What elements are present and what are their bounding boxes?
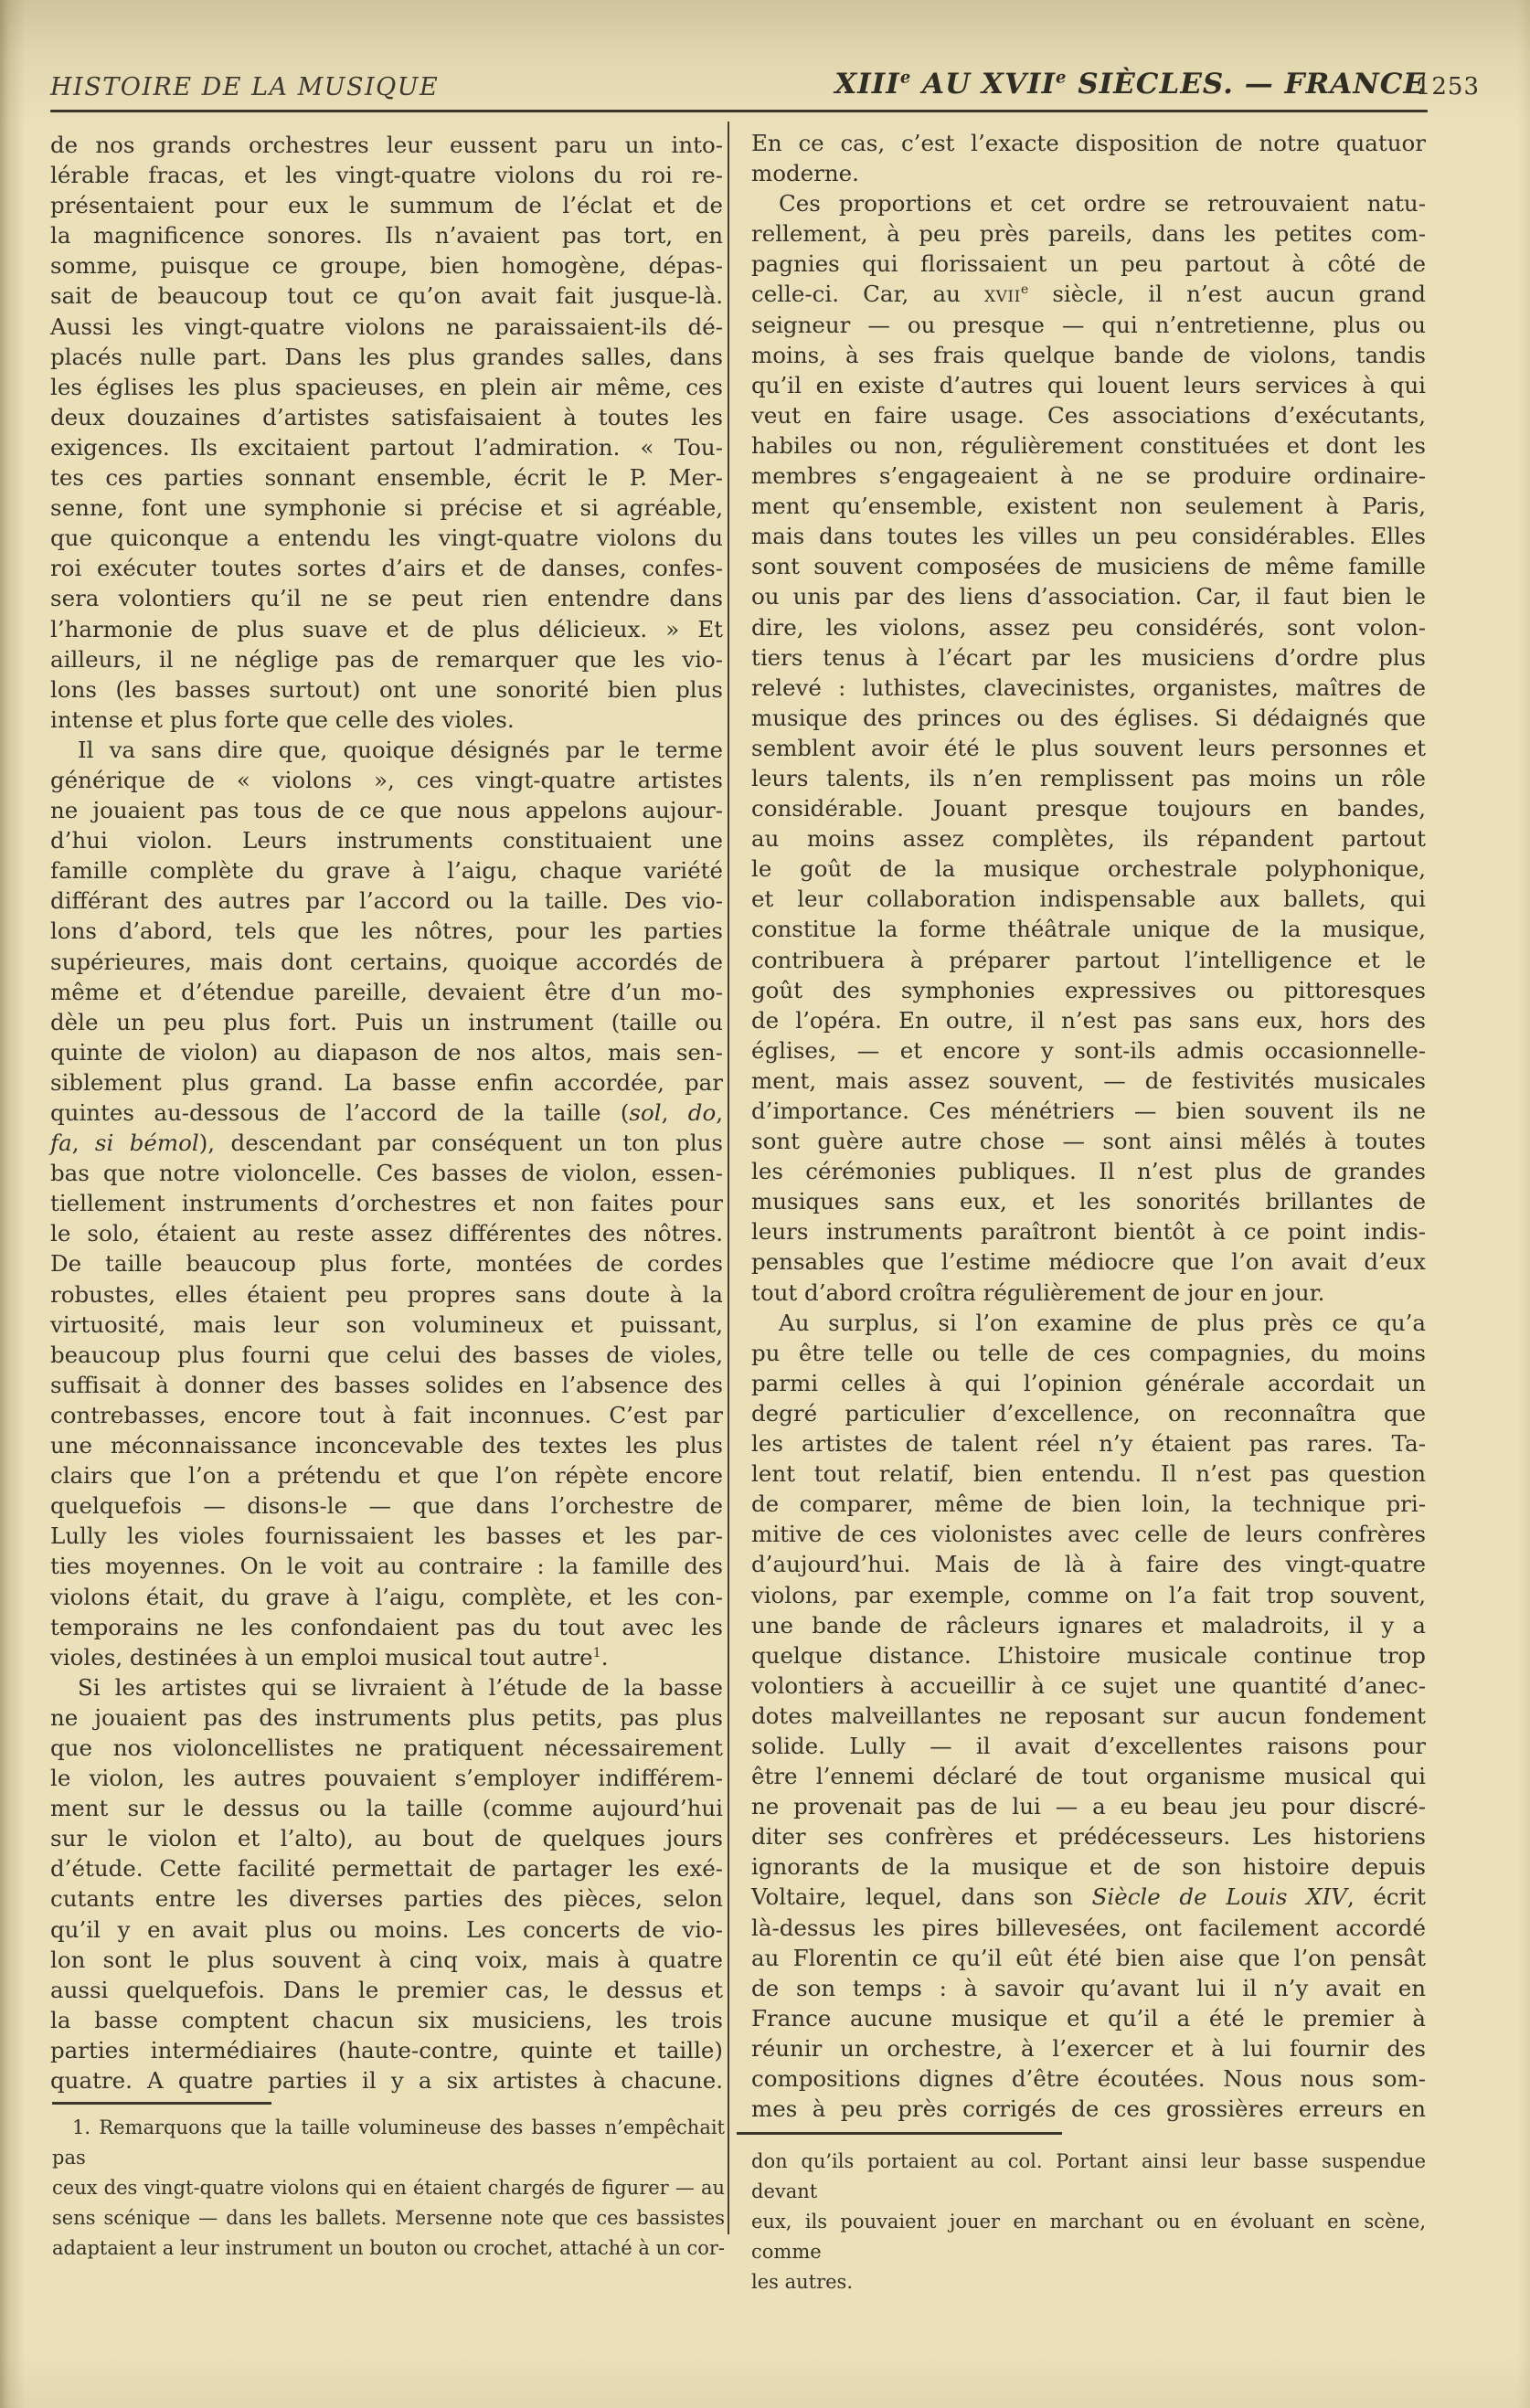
text-line: roi exécuter toutes sortes d’airs et de … <box>50 553 723 583</box>
text-line: pensables que l’estime médiocre que l’on… <box>751 1246 1426 1277</box>
text-line: exigences. Ils excitaient partout l’admi… <box>50 432 723 462</box>
text-line: sont souvent composées de musiciens de m… <box>751 551 1426 581</box>
text-line: réunir un orchestre, à l’exercer et à lu… <box>751 2033 1426 2063</box>
text-line: au Florentin ce qu’il eût été bien aise … <box>751 1943 1426 1973</box>
text-line: sur le violon et l’alto), au bout de que… <box>50 1823 723 1853</box>
text-line: les autres. <box>751 2267 1426 2297</box>
text-line: seigneur — ou presque — qui n’entretienn… <box>751 310 1426 340</box>
text-line: lent tout relatif, bien entendu. Il n’es… <box>751 1459 1426 1489</box>
text-line: de l’opéra. En outre, il n’est pas sans … <box>751 1005 1426 1035</box>
text-line: parmi celles à qui l’opinion générale ac… <box>751 1368 1426 1398</box>
text-line: dèle un peu plus fort. Puis un instrumen… <box>50 1007 723 1037</box>
text-line: même et d’étendue pareille, devaient êtr… <box>50 977 723 1007</box>
text-line: de nos grands orchestres leur eussent pa… <box>50 130 723 160</box>
text-line: diter ses confrères et prédécesseurs. Le… <box>751 1821 1426 1851</box>
text-line: dotes malveillantes ne reposant sur aucu… <box>751 1701 1426 1731</box>
text-line: bas que notre violoncelle. Ces basses de… <box>50 1158 723 1188</box>
running-head-left: HISTOIRE DE LA MUSIQUE <box>50 73 507 101</box>
text-line: ou unis par des liens d’association. Car… <box>751 581 1426 611</box>
text-line: être l’ennemi déclaré de tout organisme … <box>751 1761 1426 1791</box>
text-line: ignorants de la musique et de son histoi… <box>751 1851 1426 1882</box>
text-line: En ce cas, c’est l’exacte disposition de… <box>751 128 1426 158</box>
text-line: sont guère autre chose — sont ainsi mêlé… <box>751 1126 1426 1156</box>
text-line: de son temps : à savoir qu’avant lui il … <box>751 1973 1426 2003</box>
text-line: tiers tenus à l’écart par les musiciens … <box>751 642 1426 673</box>
text-line: qu’il y en avait plus ou moins. Les conc… <box>50 1915 723 1945</box>
right-footnote: don qu’ils portaient au col. Portant ain… <box>751 2147 1426 2297</box>
text-line: la magnificence sonores. Ils n’avaient p… <box>50 220 723 250</box>
text-line: contrebasses, encore tout à fait inconnu… <box>50 1400 723 1430</box>
text-line: ment, mais assez souvent, — de festivité… <box>751 1066 1426 1096</box>
text-line: intense et plus forte que celle des viol… <box>50 705 723 735</box>
text-line: habiles ou non, régulièrement constituée… <box>751 430 1426 461</box>
text-line: Aussi les vingt-quatre violons ne parais… <box>50 312 723 342</box>
text-line: goût des symphonies expressives ou pitto… <box>751 975 1426 1005</box>
text-line: De taille beaucoup plus forte, montées d… <box>50 1248 723 1278</box>
text-line: suffisait à donner des basses solides en… <box>50 1370 723 1400</box>
text-line: tout d’abord croîtra régulièrement de jo… <box>751 1278 1426 1308</box>
text-line: cutants entre les diverses parties des p… <box>50 1883 723 1914</box>
text-line: sait de beaucoup tout ce qu’on avait fai… <box>50 281 723 311</box>
text-line: virtuosité, mais leur son volumineux et … <box>50 1310 723 1340</box>
text-line: Au surplus, si l’on examine de plus près… <box>751 1308 1426 1338</box>
text-line: moderne. <box>751 158 1426 188</box>
text-line: musique des princes ou des églises. Si d… <box>751 703 1426 733</box>
text-line: parties intermédiaires (haute-contre, qu… <box>50 2035 723 2065</box>
text-line: violons, par exemple, comme on l’a fait … <box>751 1580 1426 1610</box>
text-line: rellement, à peu près pareils, dans les … <box>751 218 1426 249</box>
text-line: 1. Remarquons que la taille volumineuse … <box>52 2113 725 2173</box>
footnote-rule-left <box>52 2102 271 2105</box>
text-line: celle-ci. Car, au xviie siècle, il n’est… <box>751 279 1426 309</box>
text-line: siblement plus grand. La basse enfin acc… <box>50 1067 723 1098</box>
text-line: violes, destinées à un emploi musical to… <box>50 1642 723 1672</box>
text-line: leurs talents, ils n’en remplissent pas … <box>751 763 1426 793</box>
text-line: senne, font une symphonie si précise et … <box>50 493 723 523</box>
text-line: quinte de violon) au diapason de nos alt… <box>50 1037 723 1067</box>
text-line: volontiers à accueillir à ce sujet une q… <box>751 1671 1426 1701</box>
text-line: eux, ils pouvaient jouer en marchant ou … <box>751 2207 1426 2267</box>
text-line: leurs instruments paraîtront bientôt à c… <box>751 1216 1426 1246</box>
text-line: mais dans toutes les villes un peu consi… <box>751 521 1426 551</box>
text-line: et leur collaboration indispensable aux … <box>751 884 1426 914</box>
text-line: une bande de râcleurs ignares et maladro… <box>751 1610 1426 1640</box>
text-line: contribuera à préparer partout l’intelli… <box>751 945 1426 975</box>
book-page: HISTOIRE DE LA MUSIQUE XIIIe AU XVIIe SI… <box>0 0 1530 2408</box>
text-line: qu’il en existe d’autres qui louent leur… <box>751 370 1426 400</box>
text-line: considérable. Jouant presque toujours en… <box>751 793 1426 823</box>
text-line: mes à peu près corrigés de ces grossière… <box>751 2094 1426 2124</box>
text-line: de comparer, même de bien loin, la techn… <box>751 1489 1426 1519</box>
text-line: quelque distance. L’histoire musicale co… <box>751 1640 1426 1671</box>
text-line: quintes au-dessous de l’accord de la tai… <box>50 1098 723 1128</box>
text-line: quelquefois — disons-le — que dans l’orc… <box>50 1490 723 1521</box>
text-line: sens scénique — dans les ballets. Mersen… <box>52 2203 725 2233</box>
text-line: Ces proportions et cet ordre se retrouva… <box>751 188 1426 218</box>
text-line: d’aujourd’hui. Mais de là à faire des vi… <box>751 1549 1426 1579</box>
text-line: lons (les basses surtout) ont une sonori… <box>50 674 723 705</box>
text-line: pagnies qui florissaient un peu partout … <box>751 249 1426 279</box>
text-line: famille complète du grave à l’aigu, chaq… <box>50 855 723 886</box>
text-line: là-dessus les pires billevesées, ont fac… <box>751 1913 1426 1943</box>
text-line: solide. Lully — il avait d’excellentes r… <box>751 1731 1426 1761</box>
text-line: ties moyennes. On le voit au contraire :… <box>50 1551 723 1581</box>
text-line: lons d’abord, tels que les nôtres, pour … <box>50 916 723 946</box>
right-column: En ce cas, c’est l’exacte disposition de… <box>751 128 1426 2124</box>
text-line: le solo, étaient au reste assez différen… <box>50 1218 723 1248</box>
text-line: aussi quelquefois. Dans le premier cas, … <box>50 1975 723 2005</box>
text-line: France aucune musique et qu’il a été le … <box>751 2003 1426 2033</box>
text-line: tes ces parties sonnant ensemble, écrit … <box>50 462 723 493</box>
text-line: au moins assez complètes, ils répandent … <box>751 823 1426 854</box>
text-line: ne provenait pas de lui — a eu beau jeu … <box>751 1791 1426 1821</box>
text-line: ceux des vingt-quatre violons qui en éta… <box>52 2173 725 2203</box>
text-line: ne jouaient pas tous de ce que nous appe… <box>50 795 723 825</box>
text-line: le violon, les autres pouvaient s’employ… <box>50 1763 723 1793</box>
text-line: clairs que l’on a prétendu et que l’on r… <box>50 1460 723 1490</box>
text-line: d’hui violon. Leurs instruments constitu… <box>50 825 723 855</box>
text-line: une méconnaissance inconcevable des text… <box>50 1430 723 1460</box>
text-line: quatre. A quatre parties il y a six arti… <box>50 2065 723 2095</box>
header-rule <box>50 110 1428 112</box>
running-head-right: XIIIe AU XVIIe SIÈCLES. — FRANCE <box>834 68 1426 101</box>
footnote-rule-right <box>737 2132 1062 2135</box>
text-line: placés nulle part. Dans les plus grandes… <box>50 342 723 372</box>
text-line: lérable fracas, et les vingt-quatre viol… <box>50 160 723 190</box>
text-line: beaucoup plus fourni que celui des basse… <box>50 1340 723 1370</box>
text-line: générique de « violons », ces vingt-quat… <box>50 765 723 795</box>
page-number: 1253 <box>1416 73 1480 101</box>
text-line: l’harmonie de plus suave et de plus déli… <box>50 614 723 644</box>
text-line: que nos violoncellistes ne pratiquent né… <box>50 1733 723 1763</box>
text-line: robustes, elles étaient peu propres sans… <box>50 1279 723 1310</box>
text-line: temporains ne les confondaient pas du to… <box>50 1612 723 1642</box>
text-line: pu être telle ou telle de ces compagnies… <box>751 1338 1426 1368</box>
text-line: ne jouaient pas des instruments plus pet… <box>50 1703 723 1733</box>
left-footnote: 1. Remarquons que la taille volumineuse … <box>52 2113 725 2264</box>
text-line: le goût de la musique orchestrale polyph… <box>751 854 1426 884</box>
text-line: constitue la forme théâtrale unique de l… <box>751 914 1426 944</box>
text-line: don qu’ils portaient au col. Portant ain… <box>751 2147 1426 2207</box>
left-column: de nos grands orchestres leur eussent pa… <box>50 130 723 2095</box>
text-line: la basse comptent chacun six musiciens, … <box>50 2005 723 2035</box>
text-line: Si les artistes qui se livraient à l’étu… <box>50 1672 723 1703</box>
text-line: violons était, du grave à l’aigu, complè… <box>50 1582 723 1612</box>
text-line: semblent avoir été le plus souvent leurs… <box>751 733 1426 763</box>
text-line: fa, si bémol), descendant par conséquent… <box>50 1128 723 1158</box>
text-line: ment qu’ensemble, existent non seulement… <box>751 491 1426 521</box>
text-line: sera volontiers qu’il ne se peut rien en… <box>50 583 723 613</box>
text-line: somme, puisque ce groupe, bien homogène,… <box>50 250 723 281</box>
text-line: églises, — et encore y sont-ils admis oc… <box>751 1035 1426 1066</box>
text-line: les artistes de talent réel n’y étaient … <box>751 1428 1426 1459</box>
text-line: moins, à ses frais quelque bande de viol… <box>751 340 1426 370</box>
text-line: relevé : luthistes, clavecinistes, organ… <box>751 673 1426 703</box>
text-line: Voltaire, lequel, dans son Siècle de Lou… <box>751 1882 1426 1912</box>
text-line: Il va sans dire que, quoique désignés pa… <box>50 735 723 765</box>
text-line: dire, les violons, assez peu considérés,… <box>751 612 1426 642</box>
text-line: d’étude. Cette facilité permettait de pa… <box>50 1853 723 1883</box>
text-line: mitive de ces violonistes avec celle de … <box>751 1519 1426 1549</box>
text-line: compositions dignes d’être écoutées. Nou… <box>751 2063 1426 2094</box>
text-line: deux douzaines d’artistes satisfaisaient… <box>50 402 723 432</box>
text-line: lon sont le plus souvent à cinq voix, ma… <box>50 1945 723 1975</box>
text-line: présentaient pour eux le summum de l’écl… <box>50 190 723 220</box>
text-line: Lully les violes fournissaient les basse… <box>50 1521 723 1551</box>
text-line: tiellement instruments d’orchestres et n… <box>50 1188 723 1218</box>
text-line: supérieures, mais dont certains, quoique… <box>50 947 723 977</box>
text-line: ailleurs, il ne néglige pas de remarquer… <box>50 644 723 674</box>
text-line: veut en faire usage. Ces associations d’… <box>751 400 1426 430</box>
text-line: ment sur le dessus ou la taille (comme a… <box>50 1793 723 1823</box>
text-line: degré particulier d’excellence, on recon… <box>751 1398 1426 1428</box>
text-line: adaptaient a leur instrument un bouton o… <box>52 2233 725 2264</box>
text-line: les églises les plus spacieuses, en plei… <box>50 372 723 402</box>
text-line: différant des autres par l’accord ou la … <box>50 886 723 916</box>
column-divider-rule <box>728 122 729 2234</box>
text-line: les cérémonies publiques. Il n’est plus … <box>751 1156 1426 1186</box>
text-line: musiques sans eux, et les sonorités bril… <box>751 1186 1426 1216</box>
text-line: que quiconque a entendu les vingt-quatre… <box>50 523 723 553</box>
text-line: membres s’engageaient à ne se produire o… <box>751 461 1426 491</box>
text-line: d’importance. Ces ménétriers — bien souv… <box>751 1096 1426 1126</box>
